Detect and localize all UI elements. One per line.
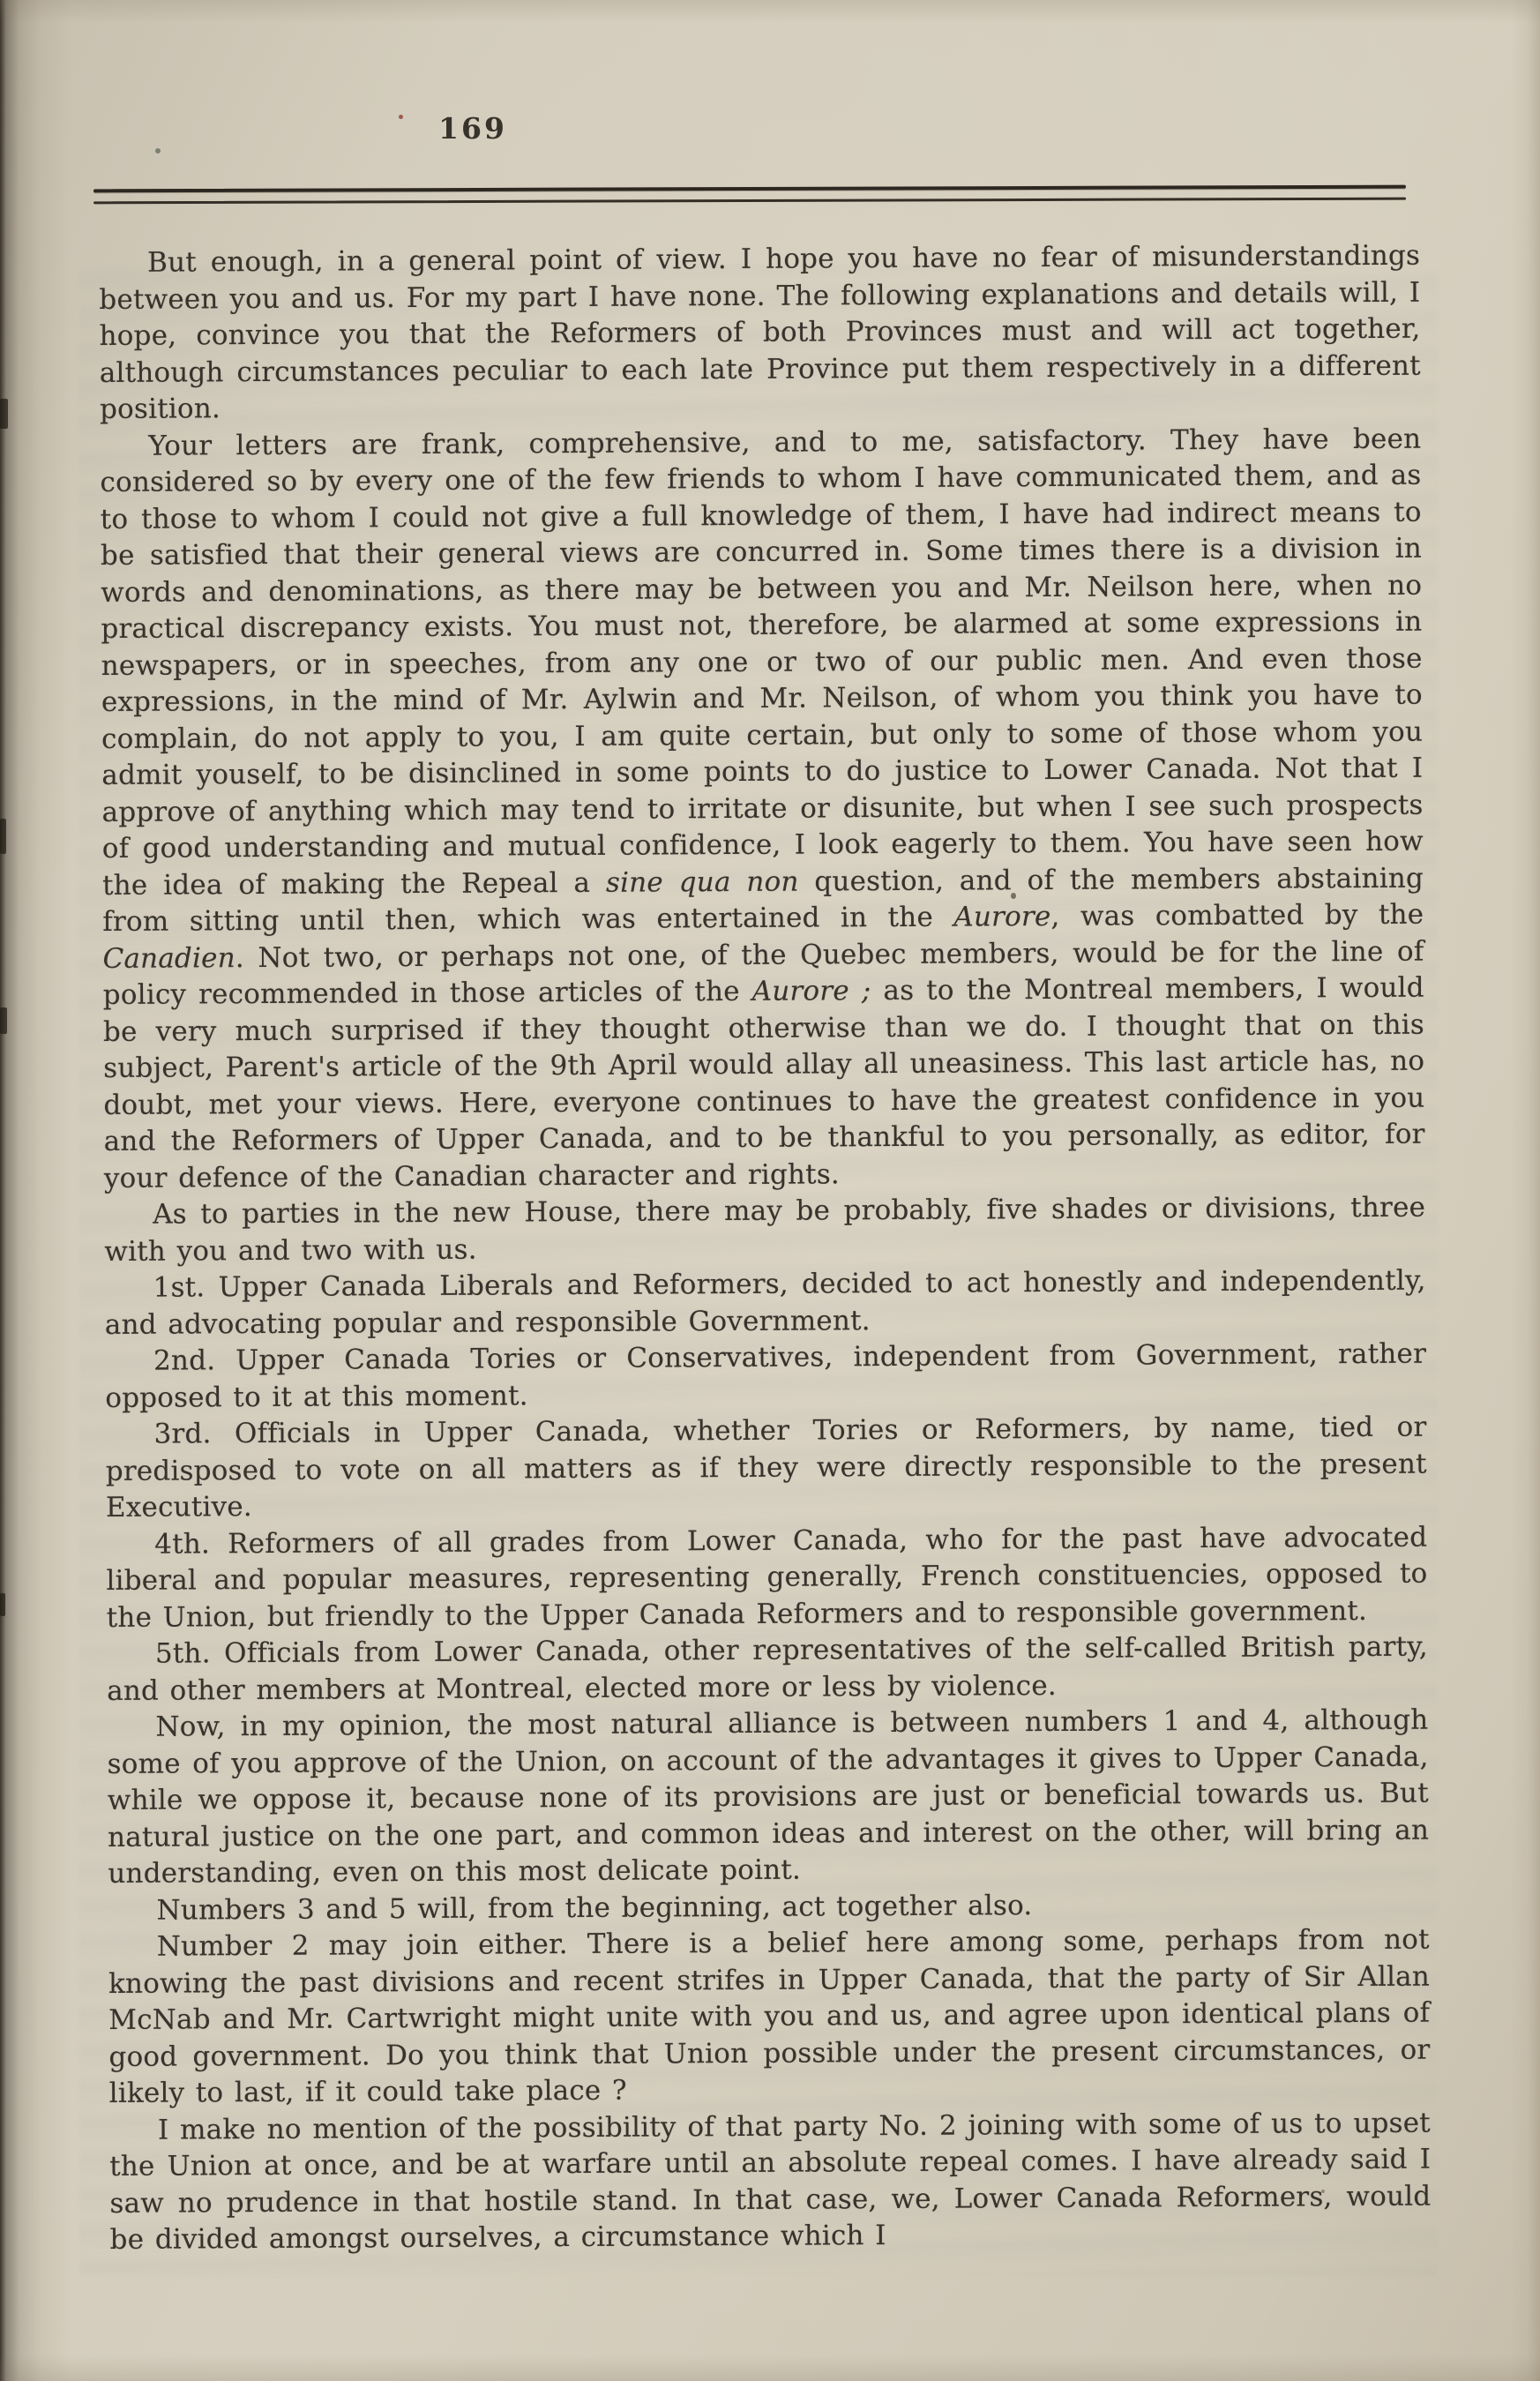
text-run: 1st. Upper Canada Liberals and Reformers… xyxy=(105,1265,1426,1341)
paragraph: But enough, in a general point of view. … xyxy=(99,238,1421,429)
paragraph: Your letters are frank, comprehensive, a… xyxy=(100,421,1425,1197)
paragraph: 3rd. Officials in Upper Canada, whether … xyxy=(105,1410,1427,1527)
text-run: 5th. Officials from Lower Canada, other … xyxy=(107,1631,1428,1707)
text-run: 3rd. Officials in Upper Canada, whether … xyxy=(106,1411,1427,1524)
edge-tear-mark xyxy=(0,1593,5,1616)
page-text: But enough, in a general point of view. … xyxy=(99,238,1432,2259)
page-number: 169 xyxy=(429,111,517,146)
text-run: Number 2 may join either. There is a bel… xyxy=(108,1924,1431,2109)
page-edge-bottom xyxy=(0,2355,1540,2381)
rule-bottom-line xyxy=(93,198,1406,205)
paragraph: 2nd. Upper Canada Tories or Conservative… xyxy=(105,1337,1426,1417)
paragraph: 1st. Upper Canada Liberals and Reformers… xyxy=(104,1263,1425,1344)
text-run: Your letters are frank, comprehensive, a… xyxy=(100,423,1423,901)
paragraph: Number 2 may join either. There is a bel… xyxy=(108,1922,1431,2113)
text-run: 4th. Reformers of all grades from Lower … xyxy=(106,1521,1427,1633)
book-page: 169 But enough, in a general point of vi… xyxy=(0,0,1540,2381)
paper-speck xyxy=(399,115,403,119)
text-run: Now, in my opinion, the most natural all… xyxy=(108,1704,1430,1890)
paragraph: As to parties in the new House, there ma… xyxy=(104,1190,1425,1270)
text-run: As to parties in the new House, there ma… xyxy=(104,1192,1425,1268)
paragraph: Now, in my opinion, the most natural all… xyxy=(107,1703,1429,1893)
italic-run: Aurore ; xyxy=(752,975,871,1007)
paper-speck xyxy=(155,148,161,153)
text-run: 2nd. Upper Canada Tories or Conservative… xyxy=(105,1338,1426,1414)
header-double-rule xyxy=(93,185,1406,205)
edge-tear-mark xyxy=(0,819,6,854)
text-run: Numbers 3 and 5 will, from the beginning… xyxy=(156,1890,1032,1927)
text-run: I make no mention of the possibility of … xyxy=(109,2107,1431,2256)
edge-tear-mark xyxy=(0,1007,7,1034)
page-edge-right xyxy=(1510,0,1540,2381)
paragraph: 5th. Officials from Lower Canada, other … xyxy=(107,1629,1428,1710)
paragraph: 4th. Reformers of all grades from Lower … xyxy=(106,1519,1428,1636)
page-edge-top xyxy=(0,0,1540,23)
italic-run: Aurore xyxy=(953,901,1050,933)
italic-run: sine qua non xyxy=(606,865,799,898)
edge-tear-mark xyxy=(0,399,8,429)
italic-run: Canadien xyxy=(102,942,235,975)
rule-top-line xyxy=(93,185,1406,193)
paragraph: I make no mention of the possibility of … xyxy=(109,2105,1432,2258)
text-run: But enough, in a general point of view. … xyxy=(99,240,1421,425)
text-run: , was combatted by the xyxy=(1050,899,1424,932)
binding-shadow xyxy=(0,0,71,2381)
